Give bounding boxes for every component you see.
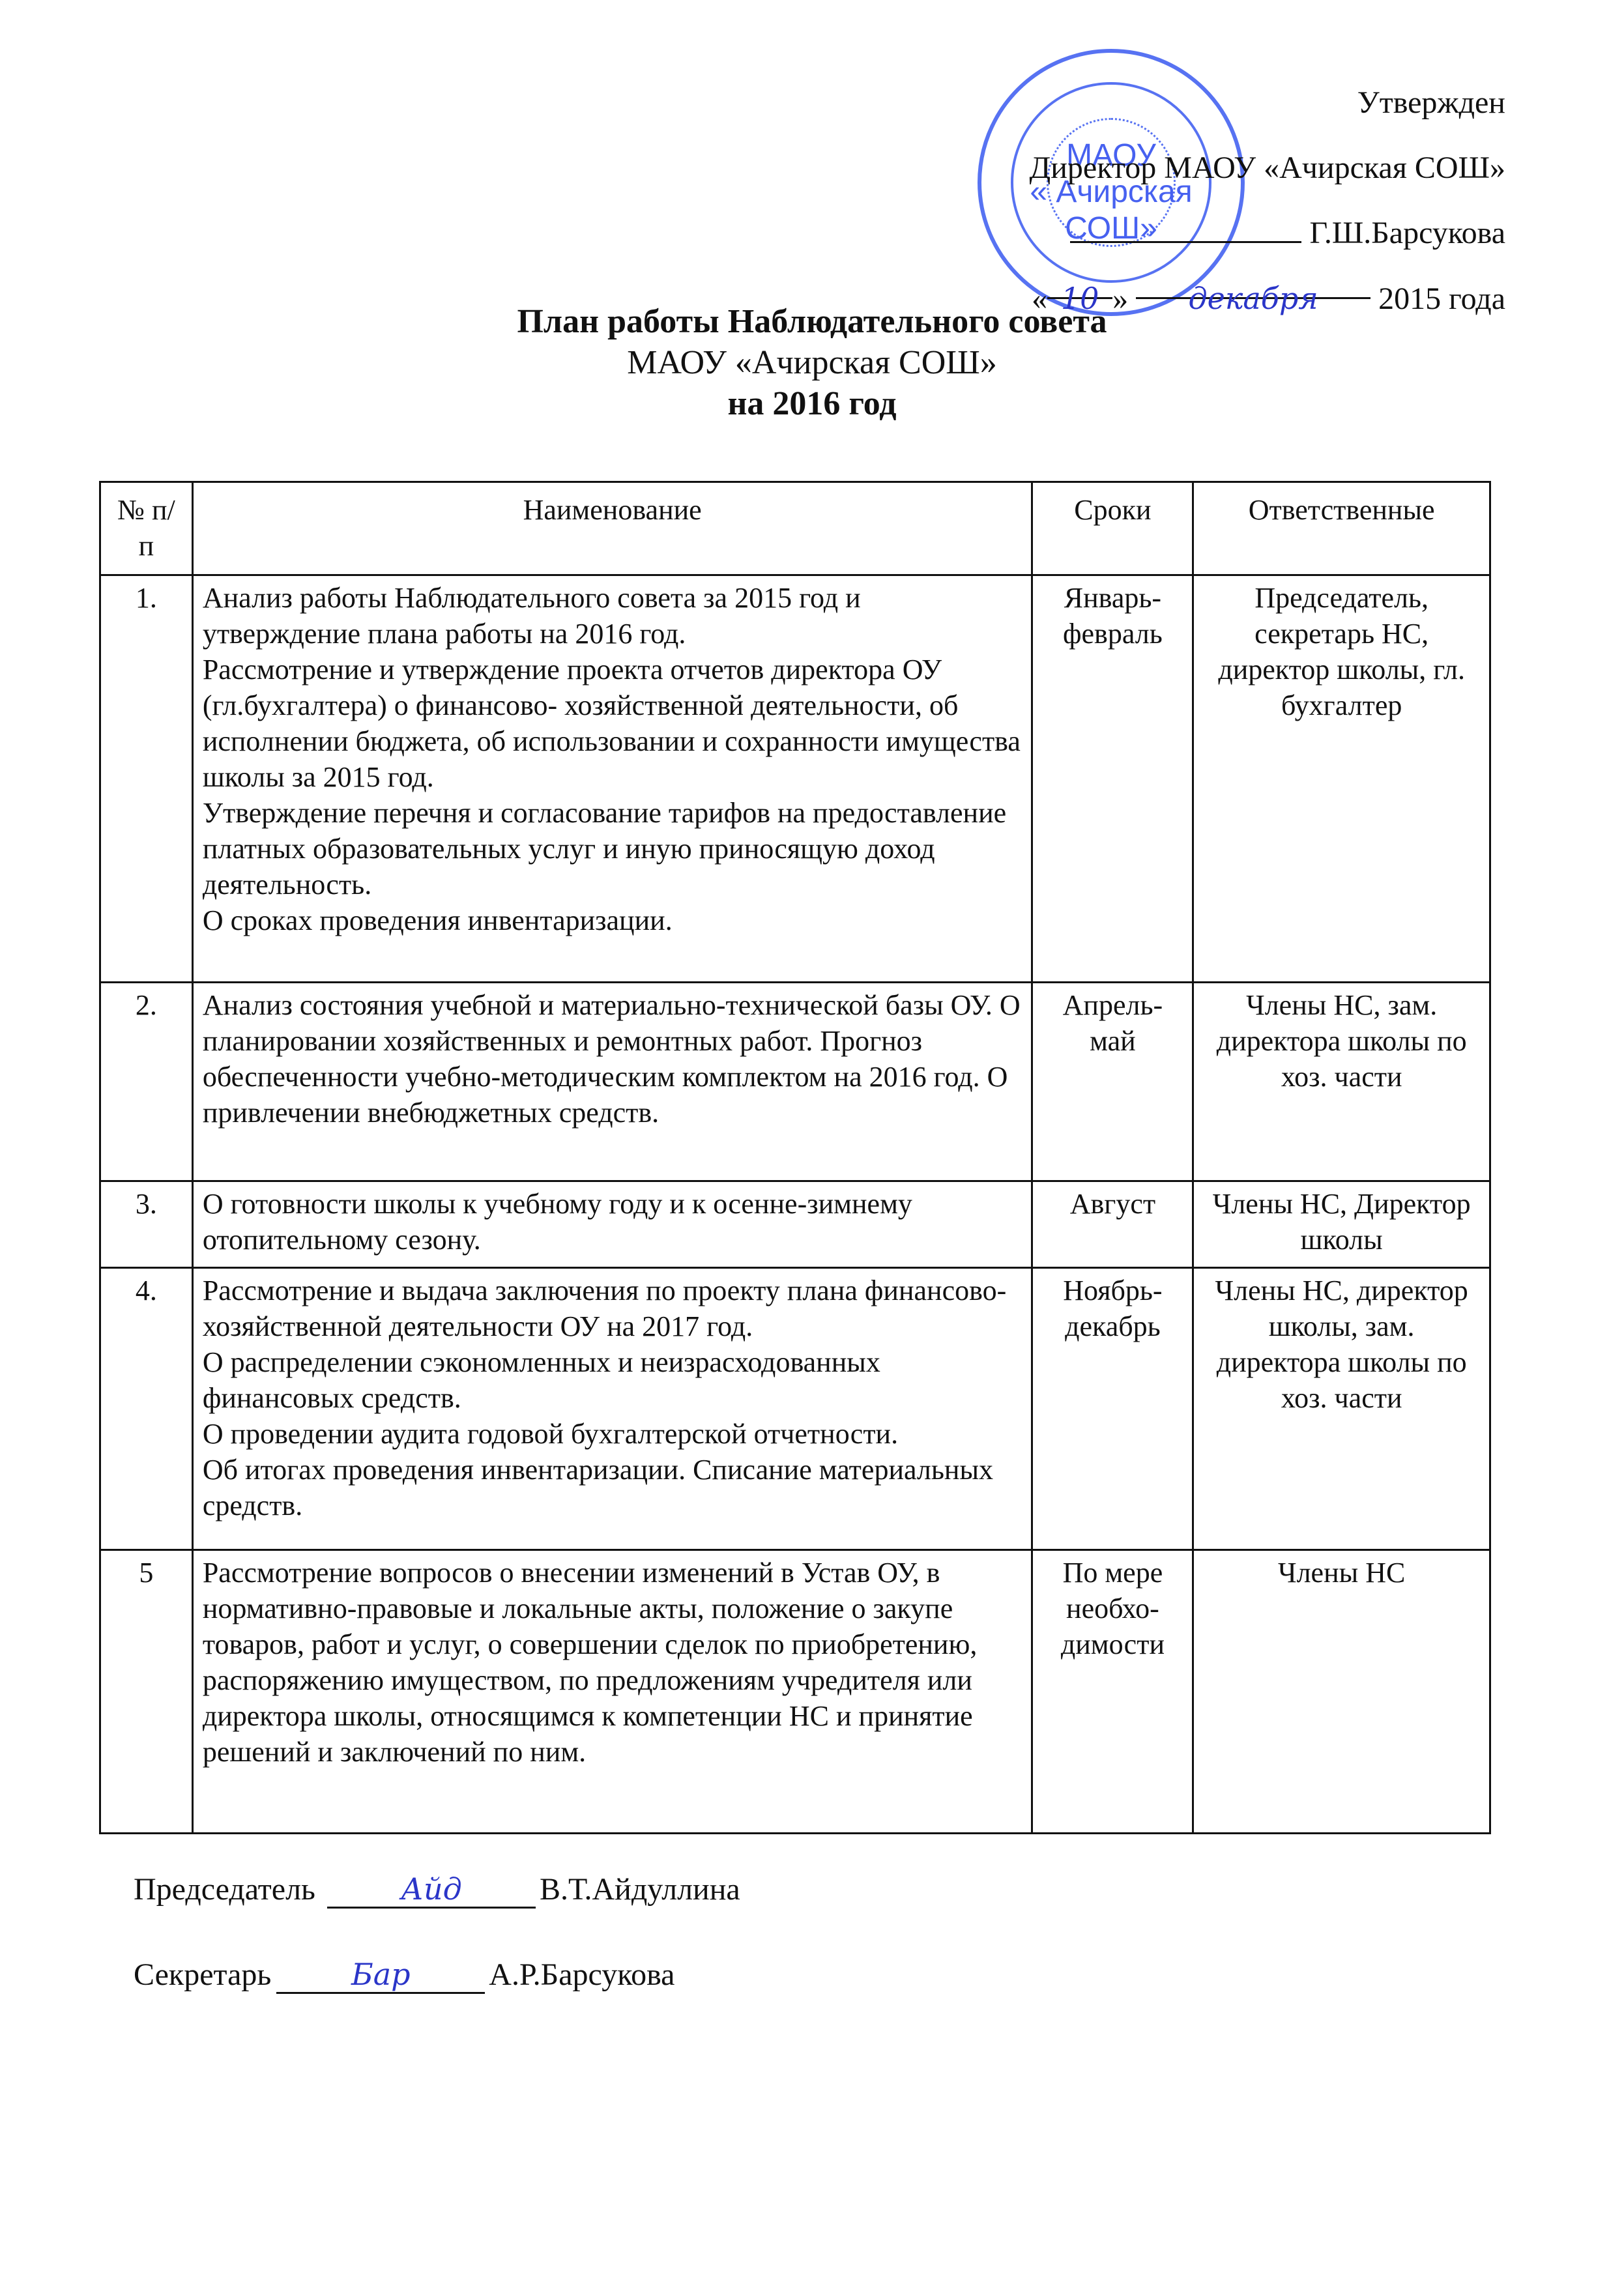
approval-signer-name: Г.Ш.Барсукова: [1309, 216, 1505, 250]
secretary-label: Секретарь: [134, 1956, 271, 1994]
document-title: План работы Наблюдательного совета МАОУ …: [0, 301, 1624, 424]
chair-signature-row: Председатель Айд В.Т.Айдуллина: [134, 1870, 740, 1909]
row-term: Апрель-май: [1032, 983, 1193, 1181]
row-term: Ноябрь-декабрь: [1032, 1268, 1193, 1550]
approval-date-month: декабря: [1136, 266, 1370, 299]
header-responsible: Ответственные: [1193, 482, 1490, 575]
chair-label: Председатель: [134, 1871, 315, 1909]
signatures-block: Председатель Айд В.Т.Айдуллина Секретарь…: [134, 1870, 740, 2041]
work-plan-table: № п/п Наименование Сроки Ответственные 1…: [99, 481, 1491, 1834]
row-name: О готовности школы к учебному году и к о…: [192, 1181, 1032, 1268]
approval-signer-line: Г.Ш.Барсукова: [919, 201, 1505, 266]
row-number: 5: [100, 1550, 193, 1834]
director-signature-blank: [1070, 210, 1301, 243]
row-term: По мере необхо-димости: [1032, 1550, 1193, 1834]
row-name: Анализ состояния учебной и материально-т…: [192, 983, 1032, 1181]
row-number: 1.: [100, 575, 193, 983]
secretary-name: А.Р.Барсукова: [489, 1956, 674, 1994]
row-term: Август: [1032, 1181, 1193, 1268]
row-responsible: Члены НС, зам. директора школы по хоз. ч…: [1193, 983, 1490, 1181]
secretary-signature: Бар: [276, 1955, 485, 1994]
row-name: Рассмотрение и выдача заключения по прое…: [192, 1268, 1032, 1550]
title-line-2: МАОУ «Ачирская СОШ»: [0, 342, 1624, 383]
table-row: 1. Анализ работы Наблюдательного совета …: [100, 575, 1490, 983]
row-number: 2.: [100, 983, 193, 1181]
table-row: 4. Рассмотрение и выдача заключения по п…: [100, 1268, 1490, 1550]
chair-signature: Айд: [327, 1870, 536, 1909]
title-line-1: План работы Наблюдательного совета: [0, 301, 1624, 342]
row-term: Январь-февраль: [1032, 575, 1193, 983]
table-row: 2. Анализ состояния учебной и материальн…: [100, 983, 1490, 1181]
row-responsible: Члены НС, директор школы, зам. директора…: [1193, 1268, 1490, 1550]
row-name: Рассмотрение вопросов о внесении изменен…: [192, 1550, 1032, 1834]
row-number: 3.: [100, 1181, 193, 1268]
approval-position: Директор МАОУ «Ачирская СОШ»: [919, 136, 1505, 201]
row-name: Анализ работы Наблюдательного совета за …: [192, 575, 1032, 983]
header-term: Сроки: [1032, 482, 1193, 575]
approval-heading: Утвержден: [919, 70, 1505, 136]
header-number: № п/п: [100, 482, 193, 575]
row-responsible: Члены НС: [1193, 1550, 1490, 1834]
table-header-row: № п/п Наименование Сроки Ответственные: [100, 482, 1490, 575]
row-number: 4.: [100, 1268, 193, 1550]
title-line-3: на 2016 год: [0, 383, 1624, 424]
table-row: 5 Рассмотрение вопросов о внесении измен…: [100, 1550, 1490, 1834]
secretary-signature-row: Секретарь Бар А.Р.Барсукова: [134, 1955, 740, 1994]
table-row: 3. О готовности школы к учебному году и …: [100, 1181, 1490, 1268]
chair-name: В.Т.Айдуллина: [540, 1871, 740, 1909]
row-responsible: Председатель, секретарь НС, директор шко…: [1193, 575, 1490, 983]
approval-block: Утвержден Директор МАОУ «Ачирская СОШ» Г…: [919, 70, 1505, 332]
header-name: Наименование: [192, 482, 1032, 575]
row-responsible: Члены НС, Директор школы: [1193, 1181, 1490, 1268]
approval-date-day: 10: [1047, 266, 1112, 299]
